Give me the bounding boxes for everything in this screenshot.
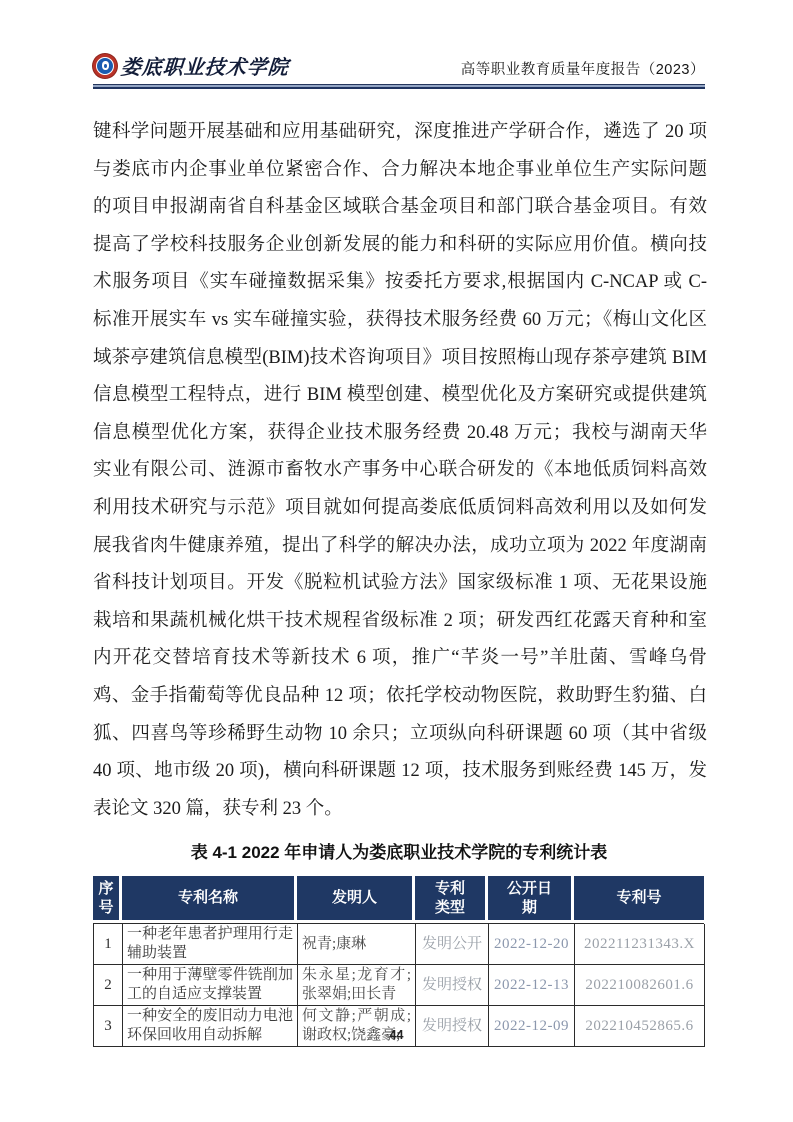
table-title: 表 4-1 2022 年申请人为娄底职业技术学院的专利统计表 bbox=[93, 838, 705, 863]
table-cell-date: 2022-12-13 bbox=[489, 965, 575, 1006]
report-title: 高等职业教育质量年度报告（2023） bbox=[461, 58, 705, 79]
inventors-text: 朱永星;龙育才;张翠娟;田长青 bbox=[302, 966, 411, 1004]
paragraph-line: 表论文 320 篇，获专利 23 个。 bbox=[93, 791, 707, 829]
paragraph-line: 信息模型优化方案，获得企业技术服务经费 20.48 万元；我校与湖南天华 bbox=[93, 415, 707, 453]
table-cell-name: 一种老年患者护理用行走辅助装置 bbox=[123, 924, 298, 965]
paragraph-line: 鸡、金手指葡萄等优良品种 12 项；依托学校动物医院，救助野生豹猫、白 bbox=[93, 678, 707, 716]
column-header-date: 公开日期 bbox=[488, 876, 574, 920]
column-header-inventors: 发明人 bbox=[297, 876, 415, 920]
table-cell-type: 发明公开 bbox=[416, 924, 489, 965]
school-logo-dot bbox=[104, 64, 107, 68]
school-logo-inner bbox=[96, 57, 114, 75]
patent-table: 序号 专利名称 发明人 专利类型 公开日期 专利号 1 一种老年患者护理用行走辅… bbox=[93, 876, 704, 1047]
paragraph-line: 与娄底市内企事业单位紧密合作、合力解决本地企事业单位生产实际问题 bbox=[93, 152, 707, 190]
column-header-number: 专利号 bbox=[574, 876, 704, 920]
table-cell-type: 发明授权 bbox=[416, 965, 489, 1006]
column-header-type: 专利类型 bbox=[415, 876, 488, 920]
table-cell-inventors: 祝青;康琳 bbox=[298, 924, 416, 965]
inventors-text: 祝青;康琳 bbox=[302, 935, 411, 954]
column-header-name: 专利名称 bbox=[122, 876, 297, 920]
patent-table-header: 序号 专利名称 发明人 专利类型 公开日期 专利号 bbox=[93, 876, 704, 920]
school-logo-icon bbox=[93, 54, 117, 78]
paragraph-line: 信息模型工程特点，进行 BIM 模型创建、模型优化及方案研究或提供建筑 bbox=[93, 377, 707, 415]
paragraph-line: 标准开展实车 vs 实车碰撞实验，获得技术服务经费 60 万元；《梅山文化区 bbox=[93, 302, 707, 340]
column-header-no: 序号 bbox=[93, 876, 122, 920]
paragraph-line: 展我省肉牛健康养殖，提出了科学的解决办法，成功立项为 2022 年度湖南 bbox=[93, 528, 707, 566]
paragraph-line: 实业有限公司、涟源市畜牧水产事务中心联合研发的《本地低质饲料高效 bbox=[93, 452, 707, 490]
patent-name-text: 一种用于薄壁零件铣削加工的自适应支撑装置 bbox=[127, 966, 293, 1004]
table-cell-name: 一种用于薄壁零件铣削加工的自适应支撑装置 bbox=[123, 965, 298, 1006]
paragraph-line: 利用技术研究与示范》项目就如何提高娄底低质饲料高效利用以及如何发 bbox=[93, 490, 707, 528]
table-cell-no: 2 bbox=[94, 965, 123, 1006]
page-number: 44 bbox=[0, 1028, 793, 1042]
paragraph-line: 提高了学校科技服务企业创新发展的能力和科研的实际应用价值。横向技 bbox=[93, 227, 707, 265]
school-logo-core bbox=[102, 61, 109, 70]
table-cell-date: 2022-12-20 bbox=[489, 924, 575, 965]
paragraph-line: 40 项、地市级 20 项)，横向科研课题 12 项，技术服务到账经费 145 … bbox=[93, 753, 707, 791]
paragraph-line: 术服务项目《实车碰撞数据采集》按委托方要求,根据国内 C-NCAP 或 C-IA… bbox=[93, 264, 707, 302]
paragraph-line: 省科技计划项目。开发《脱粒机试验方法》国家级标准 1 项、无花果设施 bbox=[93, 565, 707, 603]
paragraph-line: 键科学问题开展基础和应用基础研究，深度推进产学研合作，遴选了 20 项 bbox=[93, 114, 707, 152]
paragraph-line: 狐、四喜鸟等珍稀野生动物 10 余只；立项纵向科研课题 60 项（其中省级 bbox=[93, 716, 707, 754]
body-paragraph: 键科学问题开展基础和应用基础研究，深度推进产学研合作，遴选了 20 项 与娄底市… bbox=[93, 114, 707, 828]
paragraph-line: 栽培和果蔬机械化烘干技术规程省级标准 2 项；研发西红花露天育种和室 bbox=[93, 603, 707, 641]
page-header: 娄底职业技术学院 高等职业教育质量年度报告（2023） bbox=[93, 52, 705, 82]
school-name: 娄底职业技术学院 bbox=[120, 51, 290, 80]
table-cell-number: 202210082601.6 bbox=[575, 965, 705, 1006]
table-cell-inventors: 朱永星;龙育才;张翠娟;田长青 bbox=[298, 965, 416, 1006]
paragraph-line: 域茶亭建筑信息模型(BIM)技术咨询项目》项目按照梅山现存茶亭建筑 BIM bbox=[93, 340, 707, 378]
paragraph-line: 的项目申报湖南省自科基金区域联合基金项目和部门联合基金项目。有效 bbox=[93, 189, 707, 227]
table-cell-number: 202211231343.X bbox=[575, 924, 705, 965]
report-page: 娄底职业技术学院 高等职业教育质量年度报告（2023） 键科学问题开展基础和应用… bbox=[0, 0, 793, 1122]
header-rule bbox=[93, 84, 705, 89]
header-left: 娄底职业技术学院 bbox=[93, 51, 289, 80]
patent-name-text: 一种老年患者护理用行走辅助装置 bbox=[127, 925, 293, 963]
paragraph-line: 内开花交替培育技术等新技术 6 项，推广“芊炎一号”羊肚菌、雪峰乌骨 bbox=[93, 640, 707, 678]
table-cell-no: 1 bbox=[94, 924, 123, 965]
